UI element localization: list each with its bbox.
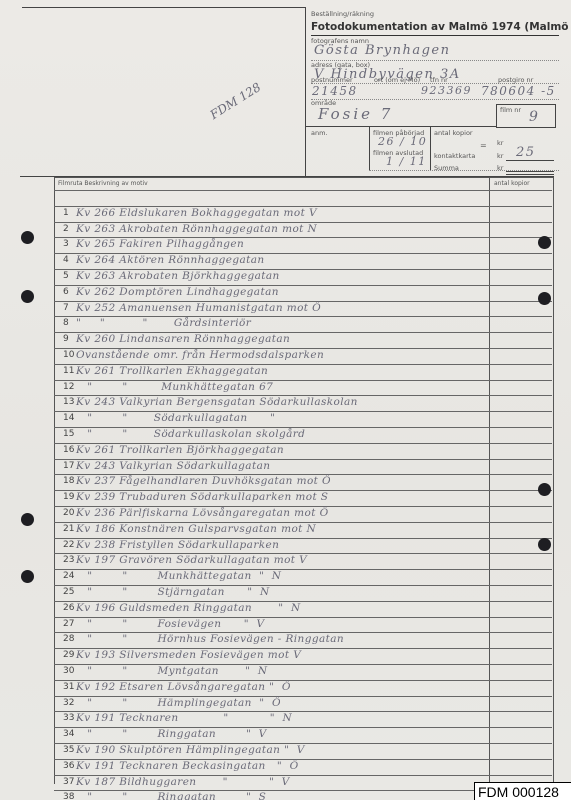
table-row: 35Kv 190 Skulptören Hämplingegatan " V	[54, 743, 552, 759]
motif-description: " " Myntgatan " N	[76, 665, 267, 677]
film-finished-value: 1 / 11	[386, 155, 427, 168]
table-row: 32 " " Hämplingegatan " Ö	[54, 696, 552, 712]
table-row: 36Kv 191 Tecknaren Beckasingatan " Ö	[54, 759, 552, 775]
motif-description: Kv 266 Eldslukaren Bokhaggegatan mot V	[76, 207, 317, 219]
frame-number: 35	[63, 745, 74, 755]
table-row: 20Kv 236 Pärlfiskarna Lövsångaregatan mo…	[54, 506, 552, 522]
frame-number: 37	[63, 777, 74, 787]
archive-annotation: FDM 128	[208, 80, 264, 122]
motif-description: Kv 260 Lindansaren Rönnhaggegatan	[76, 333, 290, 345]
table-row: 33Kv 191 Tecknaren " " N	[54, 711, 552, 727]
frame-number: 24	[63, 571, 74, 581]
table-row: 30 " " Myntgatan " N	[54, 664, 552, 680]
frame-number: 5	[63, 271, 69, 281]
motif-description: Kv 261 Trollkarlen Ekhaggegatan	[76, 365, 268, 377]
punch-hole	[21, 570, 34, 583]
table-row	[54, 190, 552, 206]
table-row: 7Kv 252 Amanuensen Humanistgatan mot Ö	[54, 301, 552, 317]
motif-description: Kv 264 Aktören Rönnhaggegatan	[76, 254, 265, 266]
table-header-description: Filmruta Beskrivning av motiv	[58, 180, 148, 187]
motif-description: " " Hörnhus Fosievägen - Ringgatan	[76, 633, 344, 645]
contact-sheet-value: 25	[516, 145, 536, 160]
film-nr-value: 9	[529, 109, 539, 125]
table-row: 29Kv 193 Silversmeden Fosievägen mot V	[54, 648, 552, 664]
copies-kr: kr	[497, 139, 503, 147]
motif-description: " " Södarkullagatan "	[76, 412, 275, 424]
table-row: 24 " " Munkhättegatan " N	[54, 569, 552, 585]
frame-number: 22	[63, 540, 74, 550]
table-row: 31Kv 192 Etsaren Lövsångaregatan " Ö	[54, 680, 552, 696]
phone-label: tfn nr	[430, 76, 448, 84]
order-form-header: Beställning/räkning Fotodokumentation av…	[305, 7, 559, 177]
table-row: 26Kv 196 Guldsmeden Ringgatan " N	[54, 601, 552, 617]
frame-number: 34	[63, 729, 74, 739]
copies-label: antal kopior	[434, 129, 473, 137]
frame-number: 27	[63, 619, 74, 629]
motif-description: " " Södarkullaskolan skolgård	[76, 428, 305, 440]
phone-value: 923369	[421, 84, 472, 97]
motif-description: Kv 265 Fakiren Pilhaggången	[76, 238, 244, 250]
table-row: 8" " " Gårdsinteriör	[54, 316, 552, 332]
top-rule	[22, 7, 305, 8]
frame-number: 20	[63, 508, 74, 518]
sum-kr: kr	[497, 164, 503, 172]
frame-number: 7	[63, 303, 69, 313]
motif-description: Kv 243 Valkyrian Bergensgatan Södarkulla…	[76, 396, 358, 408]
table-row: 34 " " Ringgatan " V	[54, 727, 552, 743]
table-row: 22Kv 238 Fristyllen Södarkullaparken	[54, 538, 552, 554]
film-started-value: 26 / 10	[378, 135, 427, 148]
motif-description: Kv 239 Trubaduren Södarkullaparken mot S	[76, 491, 328, 503]
motif-description: Kv 186 Konstnären Gulsparvsgatan mot N	[76, 523, 316, 535]
punch-hole	[21, 290, 34, 303]
frame-number: 30	[63, 666, 74, 676]
postcode-label: postnummer	[311, 76, 353, 84]
photographer-value: Gösta Brynhagen	[314, 43, 451, 58]
frame-number: 29	[63, 650, 74, 660]
table-row: 2Kv 263 Akrobaten Rönnhaggegatan mot N	[54, 222, 552, 238]
motif-description: Kv 193 Silversmeden Fosievägen mot V	[76, 649, 301, 661]
motif-description: Kv 263 Akrobaten Björkhaggegatan	[76, 270, 280, 282]
table-row: 9Kv 260 Lindansaren Rönnhaggegatan	[54, 332, 552, 348]
table-row: 13Kv 243 Valkyrian Bergensgatan Södarkul…	[54, 395, 552, 411]
motif-description: Kv 263 Akrobaten Rönnhaggegatan mot N	[76, 223, 317, 235]
table-row: 5Kv 263 Akrobaten Björkhaggegatan	[54, 269, 552, 285]
table-row: 10Ovanstående omr. från Hermodsdalsparke…	[54, 348, 552, 364]
table-header-copies: antal kopior	[494, 180, 530, 187]
motif-description: Kv 190 Skulptören Hämplingegatan " V	[76, 744, 305, 756]
table-row: 27 " " Fosievägen " V	[54, 617, 552, 633]
table-row: 15 " " Södarkullaskolan skolgård	[54, 427, 552, 443]
area-value: Fosie 7	[318, 105, 393, 123]
motif-description: Kv 238 Fristyllen Södarkullaparken	[76, 539, 279, 551]
frame-number: 38	[63, 792, 74, 800]
order-label: Beställning/räkning	[311, 10, 374, 18]
frame-number: 2	[63, 224, 69, 234]
table-row: 11Kv 261 Trollkarlen Ekhaggegatan	[54, 364, 552, 380]
frame-number: 18	[63, 476, 74, 486]
frame-number: 26	[63, 603, 74, 613]
motif-description: " " " Gårdsinteriör	[76, 317, 251, 329]
punch-hole	[21, 231, 34, 244]
table-row: 18Kv 237 Fågelhandlaren Duvhöksgatan mot…	[54, 474, 552, 490]
motif-description: Kv 191 Tecknaren " " N	[76, 712, 292, 724]
contact-sheet-kr: kr	[497, 152, 503, 160]
motif-description: Ovanstående omr. från Hermodsdalsparken	[76, 349, 324, 361]
punch-hole	[538, 236, 551, 249]
contact-sheet-label: kontaktkarta	[434, 152, 475, 160]
motif-description: Kv 191 Tecknaren Beckasingatan " Ö	[76, 760, 299, 772]
frame-number: 12	[63, 382, 74, 392]
motif-description: " " Stjärngatan " N	[76, 586, 270, 598]
motif-description: Kv 236 Pärlfiskarna Lövsångaregatan mot …	[76, 507, 329, 519]
frame-number: 33	[63, 713, 74, 723]
table-row: 17Kv 243 Valkyrian Södarkullagatan	[54, 459, 552, 475]
table-row: 21Kv 186 Konstnären Gulsparvsgatan mot N	[54, 522, 552, 538]
motif-description: Kv 262 Domptören Lindhaggegatan	[76, 286, 279, 298]
frame-number: 8	[63, 318, 69, 328]
city-label: ort (om ej Mö)	[374, 76, 420, 84]
frame-number: 6	[63, 287, 69, 297]
table-row: 1Kv 266 Eldslukaren Bokhaggegatan mot V	[54, 206, 552, 222]
motif-description: Kv 196 Guldsmeden Ringgatan " N	[76, 602, 301, 614]
motif-description: Kv 252 Amanuensen Humanistgatan mot Ö	[76, 302, 321, 314]
frame-number: 17	[63, 461, 74, 471]
frame-number: 25	[63, 587, 74, 597]
frame-number: 32	[63, 698, 74, 708]
punch-hole	[538, 538, 551, 551]
archive-stamp: FDM 000128	[474, 782, 571, 800]
film-nr-label: film nr	[500, 106, 521, 114]
table-row: 28 " " Hörnhus Fosievägen - Ringgatan	[54, 632, 552, 648]
table-row: 6Kv 262 Domptören Lindhaggegatan	[54, 285, 552, 301]
motif-description: Kv 237 Fågelhandlaren Duvhöksgatan mot Ö	[76, 475, 331, 487]
table-row: 19Kv 239 Trubaduren Södarkullaparken mot…	[54, 490, 552, 506]
document-page: FDM 128 Beställning/räkning Fotodokument…	[0, 0, 571, 800]
equals-sign: =	[480, 141, 487, 150]
frame-number: 16	[63, 445, 74, 455]
motif-description: Kv 192 Etsaren Lövsångaregatan " Ö	[76, 681, 291, 693]
film-number-box: film nr 9	[496, 104, 556, 128]
frame-number: 14	[63, 413, 74, 423]
frame-number: 13	[63, 397, 74, 407]
frame-number: 3	[63, 239, 69, 249]
punch-hole	[21, 513, 34, 526]
frame-number: 21	[63, 524, 74, 534]
table-row: 23Kv 197 Gravören Södarkullagatan mot V	[54, 553, 552, 569]
motif-description: Kv 243 Valkyrian Södarkullagatan	[76, 460, 270, 472]
frame-number: 4	[63, 255, 69, 265]
table-row: 16Kv 261 Trollkarlen Björkhaggegatan	[54, 443, 552, 459]
motif-description: " " Munkhättegatan " N	[76, 570, 281, 582]
form-title: Fotodokumentation av Malmö 1974 (Malmö m…	[311, 21, 571, 33]
title-underline	[311, 35, 559, 36]
punch-hole	[538, 483, 551, 496]
giro-value: 780604 -5	[481, 84, 556, 98]
frame-number: 1	[63, 208, 69, 218]
frame-number: 23	[63, 555, 74, 565]
motif-description: Kv 261 Trollkarlen Björkhaggegatan	[76, 444, 284, 456]
frame-number: 36	[63, 761, 74, 771]
table-row: 12 " " Munkhättegatan 67	[54, 380, 552, 396]
motif-description: " " Ringgatan " S	[76, 791, 266, 800]
frame-number: 31	[63, 682, 74, 692]
note-label: anm.	[311, 129, 328, 137]
table-row: 25 " " Stjärngatan " N	[54, 585, 552, 601]
table-row: 3Kv 265 Fakiren Pilhaggången	[54, 237, 552, 253]
frame-number: 28	[63, 634, 74, 644]
motif-description: " " Munkhättegatan 67	[76, 381, 273, 393]
giro-label: postgiro nr	[498, 76, 533, 84]
frame-number: 19	[63, 492, 74, 502]
table-row: 14 " " Södarkullagatan "	[54, 411, 552, 427]
motif-description: " " Fosievägen " V	[76, 618, 264, 630]
frame-number: 11	[63, 366, 74, 376]
motif-description: Kv 197 Gravören Södarkullagatan mot V	[76, 554, 307, 566]
sum-label: Summa	[434, 164, 459, 172]
motif-description: " " Hämplingegatan " Ö	[76, 697, 281, 709]
table-row: 4Kv 264 Aktören Rönnhaggegatan	[54, 253, 552, 269]
motif-description: " " Ringgatan " V	[76, 728, 267, 740]
frame-number: 9	[63, 334, 69, 344]
postcode-value: 21458	[312, 84, 358, 98]
frame-number: 10	[63, 350, 74, 360]
frame-number: 15	[63, 429, 74, 439]
motif-description: Kv 187 Bildhuggaren " " V	[76, 776, 290, 788]
punch-hole	[538, 292, 551, 305]
